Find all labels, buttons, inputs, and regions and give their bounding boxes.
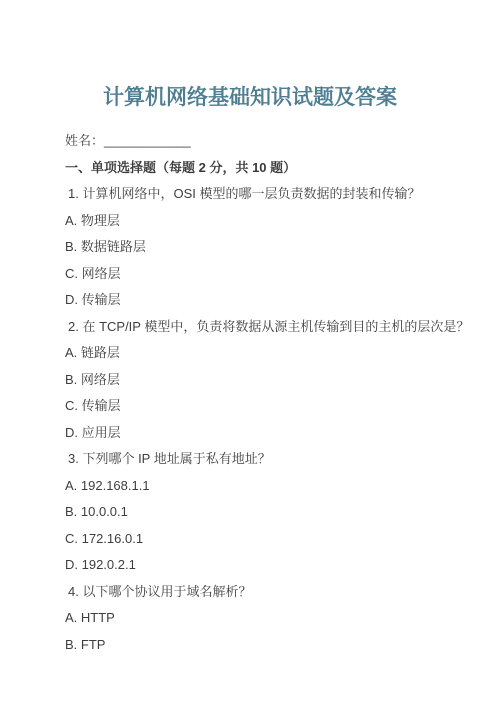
question-2-option-c: C. 传输层: [65, 399, 445, 413]
question-4-option-a: A. HTTP: [65, 611, 445, 625]
question-3-option-b: B. 10.0.0.1: [65, 505, 445, 519]
question-2-text: 2. 在 TCP/IP 模型中，负责将数据从源主机传输到目的主机的层次是？: [65, 320, 445, 334]
document-title: 计算机网络基础知识试题及答案: [55, 84, 445, 112]
question-1-text: 1. 计算机网络中，OSI 模型的哪一层负责数据的封装和传输？: [65, 187, 445, 201]
question-4-option-b: B. FTP: [65, 638, 445, 652]
question-1-option-b: B. 数据链路层: [65, 240, 445, 254]
document-page: 计算机网络基础知识试题及答案 姓名：____________ 一、单项选择题（每…: [0, 0, 500, 707]
question-2-option-a: A. 链路层: [65, 346, 445, 360]
question-4-text: 4. 以下哪个协议用于域名解析？: [65, 585, 445, 599]
question-3-option-a: A. 192.168.1.1: [65, 479, 445, 493]
name-blank-line: 姓名：____________: [65, 134, 445, 148]
question-2-option-b: B. 网络层: [65, 373, 445, 387]
section-header: 一、单项选择题（每题 2 分，共 10 题）: [65, 161, 445, 175]
question-2-option-d: D. 应用层: [65, 426, 445, 440]
question-1-option-a: A. 物理层: [65, 214, 445, 228]
question-3-option-c: C. 172.16.0.1: [65, 532, 445, 546]
question-1-option-d: D. 传输层: [65, 293, 445, 307]
question-1-option-c: C. 网络层: [65, 267, 445, 281]
question-3-text: 3. 下列哪个 IP 地址属于私有地址？: [65, 452, 445, 466]
question-3-option-d: D. 192.0.2.1: [65, 558, 445, 572]
